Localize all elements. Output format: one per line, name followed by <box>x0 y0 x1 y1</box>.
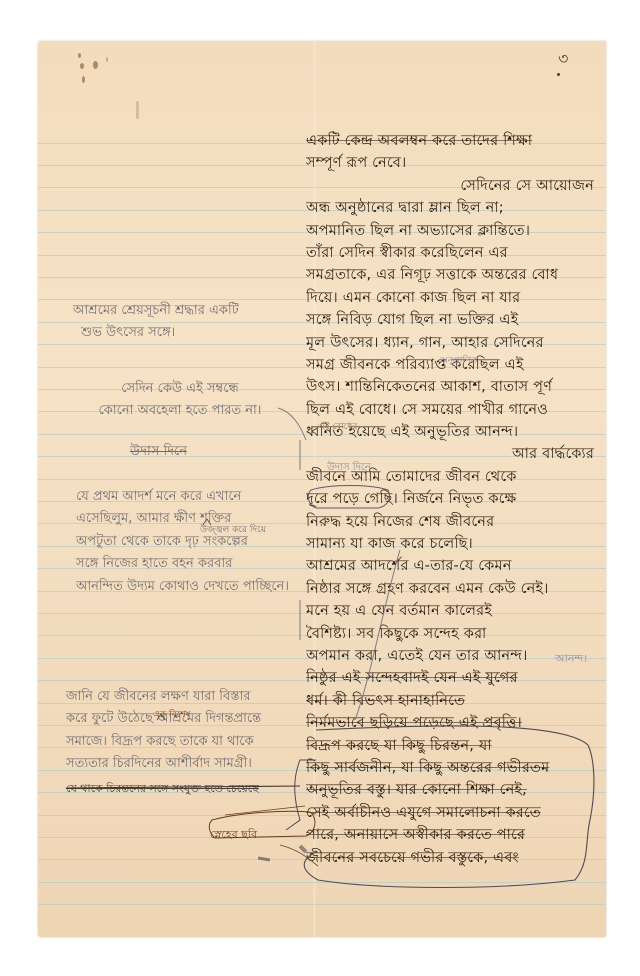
margin-note-a: আশ্রমের শ্রেয়সূচনী শ্রদ্ধার একটি শুভ উৎ… <box>73 300 239 345</box>
ruled-line <box>38 882 606 883</box>
main-line: সম্পূর্ণ রূপ নেবে। <box>306 152 598 174</box>
margin-note-line: সত্যতার চিরদিনের আশীর্বাদ সামগ্রী। <box>66 753 261 775</box>
ink-stain <box>80 63 84 69</box>
main-line: নিরুদ্ধ হয়ে নিজের শেষ জীবনের <box>306 511 598 533</box>
main-line: সামান্য যা কাজ করে চলেছি। <box>306 533 598 555</box>
margin-note-line: সমাজে। বিদ্রূপ করছে তাকে যা থাকে <box>66 731 261 753</box>
page-number: ৩ <box>558 46 568 73</box>
note-d-insertion: এক বিশেষ <box>153 707 191 722</box>
ink-stain <box>82 76 85 83</box>
ink-stain <box>136 101 139 119</box>
main-line: নিষ্ঠুর এই সন্দেহবাদই যেন এই যুগের <box>306 667 598 689</box>
main-line: মনে হয় এ যেন বর্তমান কালেরই <box>306 600 598 622</box>
main-line: দূরে পড়ে গেছি। নির্জনে নিভৃত কক্ষে <box>306 488 598 510</box>
insertion-ei-bodher: এই বোধের <box>318 419 357 434</box>
margin-note-c: যে প্রথম আদর্শ মনে করে এখানে এসেছিলুম, আ… <box>76 486 289 598</box>
main-line: সেদিনের সে আয়োজন <box>306 175 598 197</box>
main-line: ছিল এই বোধে। সে সময়ের পাখীর গানেও <box>306 399 598 421</box>
main-line: দিয়ে। এমন কোনো কাজ ছিল না যার <box>306 287 598 309</box>
ruled-line <box>38 904 606 905</box>
margin-note-d: জানি যে জীবনের লক্ষণ যারা বিস্তার করে ফু… <box>66 686 261 776</box>
margin-note-line: আশ্রমের শ্রেয়সূচনী শ্রদ্ধার একটি <box>73 300 239 322</box>
sketch-label: স্নেহের ছবি <box>210 826 257 845</box>
main-line: একটি কেন্দ্র অবলম্বন করে তাদের শিক্ষা <box>306 130 598 152</box>
main-line: তাঁরা সেদিন স্বীকার করেছিলেন এর <box>306 242 598 264</box>
main-line: পারে, অনায়াসে অস্বীকার করতে পারে <box>306 824 598 846</box>
main-line: অন্ধ অনুষ্ঠানের দ্বারা ম্লান ছিল না; <box>306 197 598 219</box>
main-line: ধর্ম। কী বিভৎস হানাহানিতে <box>306 690 598 712</box>
main-line: বৈশিষ্ট্য। সব কিছুকে সন্দেহ করা <box>306 623 598 645</box>
main-text-column: একটি কেন্দ্র অবলম্বন করে তাদের শিক্ষা সম… <box>306 130 598 869</box>
margin-note-line: কোনো অবহেলা হতে পারত না। <box>80 400 280 422</box>
ink-stain <box>78 53 81 58</box>
main-line: মূল উৎসের। ধ্যান, গান, আহার সেদিনের <box>306 332 598 354</box>
insertion-margin-right: আনন্দ। <box>555 650 587 669</box>
margin-note-c-heading: উদাস দিনে <box>130 441 187 463</box>
margin-note-line: শুভ উৎসের সঙ্গে। <box>73 322 239 344</box>
margin-note-line: সঙ্গে নিজের হাতে বহন করবার <box>76 553 289 575</box>
main-line: উৎস। শান্তিনিকেতনের আকাশ, বাতাস পূর্ণ <box>306 376 598 398</box>
insertion-udas-dine: উদাস দিনে <box>327 460 371 477</box>
margin-note-line: সেদিন কেউ এই সম্বন্ধে <box>80 378 280 400</box>
main-line: নিষ্ঠার সঙ্গে গ্রহণ করবেন এমন কেউ নেই। <box>306 578 598 600</box>
margin-note-line: আনন্দিত উদ্যম কোথাও দেখতে পাচ্ছিনে। <box>76 576 289 598</box>
main-line: বিদ্রূপ করছে যা কিছু চিরন্তন, যা <box>306 735 598 757</box>
main-line: কিছু সার্বজনীন, যা কিছু অন্তরের গভীরতম <box>306 757 598 779</box>
main-line: সঙ্গে নিবিড় যোগ ছিল না ভক্তির এই <box>306 309 598 331</box>
main-line: অপমানিত ছিল না অভ্যাসের ক্লান্তিতে। <box>306 220 598 242</box>
margin-note-line: যে প্রথম আদর্শ মনে করে এখানে <box>76 486 289 508</box>
ink-stain <box>93 61 98 69</box>
margin-note-b: সেদিন কেউ এই সম্বন্ধে কোনো অবহেলা হতে পা… <box>80 378 280 423</box>
ink-stain <box>106 57 108 62</box>
main-line: অনুভূতির বস্তু। যার কোনো শিক্ষা নেই, <box>306 779 598 801</box>
insertion-anuprānita: অনুপ্রাণিত <box>440 353 477 368</box>
main-line: নির্মমভাবে ছড়িয়ে পড়েছে এই প্রবৃত্তি। <box>306 712 598 734</box>
main-line: জীবনের সবচেয়ে গভীর বস্তুকে, এবং <box>306 847 598 869</box>
struck-margin-line: যে থাকে চিরন্তনের সঙ্গে সংযুক্ত হতে চেয়… <box>66 780 259 799</box>
main-line: সেই অর্বাচীনও এযুগে সমালোচনা করতে <box>306 802 598 824</box>
main-line: সমগ্রতাকে, এর নিগূঢ় সত্তাকে অন্তরের বোধ <box>306 264 598 286</box>
margin-note-line: জানি যে জীবনের লক্ষণ যারা বিস্তার <box>66 686 261 708</box>
note-c-insertion: উজ্জ্বল করে দিয়ে <box>200 522 266 537</box>
main-line: আশ্রমের আদর্শের এ-তার-যে কেমন <box>306 555 598 577</box>
page-dot <box>557 73 560 76</box>
